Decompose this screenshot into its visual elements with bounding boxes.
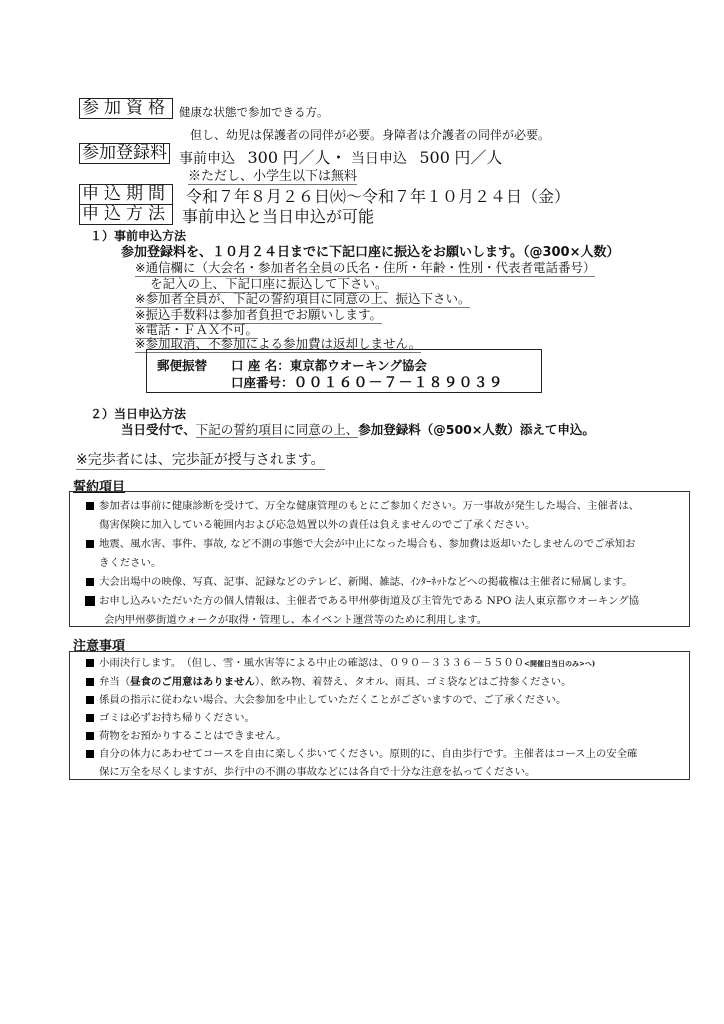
account-number-row: 口座番号：００１６０－７－１８９０３９ [231,372,504,392]
postal-transfer-box: 郵便振替 口 座 名：東京都ウオーキング協会 口座番号：００１６０－７－１８９０… [146,349,542,393]
account-type: 郵便振替 [157,356,207,374]
caution-item: 係員の指示に従わない場合、大会参加を中止していただくことがございますので、ご了承… [70,691,689,709]
caution-item: 小雨決行します。 （但し、雪・風水害等による中止の確認は、０９０－３３３６－５５… [70,654,689,673]
fee-sameday-amount: 500 [419,148,450,167]
fee-label: 参加登録料 [79,143,170,164]
caution-item: 弁当（昼食のご用意はありません）、飲み物、着替え、タオル、雨具、ゴミ袋などはご持… [70,673,689,691]
sameday-part2: 下記の誓約項目に同意の上、 [196,422,359,438]
bullet-square-icon [86,659,94,667]
bullet-square-icon [86,750,94,758]
caution-item: 荷物をお預かりすることはできません。 [70,727,689,745]
fee-unit2: 円／人 [454,148,502,167]
completion-note: ※完歩者には、完歩証が授与されます。 [76,449,325,470]
fee-sameday-label: 当日申込 [351,151,407,167]
pledge-item-cont: 会内甲州夢街道ウォークが取得・管理し、本イベント運営等のために利用します。 [70,611,689,630]
pledge-item-cont: きください。 [70,554,689,573]
bullet-square-icon [86,578,94,586]
bullet-square-icon [86,696,94,704]
sameday-part1: 当日受付で、 [121,422,196,437]
fee-note: ※ただし、小学生以下は無料 [188,165,357,185]
bullet-square-icon [85,596,95,606]
caution-item: ゴミは必ずお持ち帰りください。 [70,709,689,727]
method-label: 申込方法 [79,204,173,225]
eligibility-label: 参加資格 [79,98,173,119]
account-number: ００１６０－７－１８９０３９ [294,375,504,391]
method-text: 事前申込と当日申込が可能 [182,204,374,227]
caution-item: 自分の体力にあわせてコースを自由に楽しく歩いてください。原則的に、自由歩行です。… [70,745,689,763]
caution-item-cont: 保に万全を尽くしますが、歩行中の不測の事故などには各自で十分な注意を払ってくださ… [70,763,689,781]
bullet-square-icon [86,732,94,740]
bullet-square-icon [86,714,94,722]
sameday-method-line: 当日受付で、下記の誓約項目に同意の上、参加登録料（@500×人数）添えて申込。 [121,420,595,438]
account-name-label: 口 座 名： [231,358,290,373]
pledge-item: 参加者は事前に健康診断を受けて、万全な健康管理のもとにご参加ください。万一事故が… [70,497,689,516]
pledge-item-cont: 傷害保険に加入している範囲内および応急処置以外の責任は負えませんのでご了承くださ… [70,516,689,535]
account-number-label: 口座番号： [231,375,294,390]
bullet-square-icon [86,540,94,548]
pledge-box: 参加者は事前に健康診断を受けて、万全な健康管理のもとにご参加ください。万一事故が… [69,491,690,627]
pledge-item: 大会出場中の映像、写真、記事、記録などのテレビ、新聞、雑誌、ｲﾝﾀｰﾈｯﾄなどへ… [70,573,689,592]
bullet-square-icon [86,678,94,686]
pledge-item: お申し込みいただいた方の個人情報は、主催者である甲州夢街道及び主管先である NP… [70,592,689,611]
pledge-item: 地震、風水害、事件、事故, など不測の事態で大会が中止になった場合も、参加費は返… [70,535,689,554]
eligibility-note: 但し、幼児は保護者の同伴が必要。身障者は介護者の同伴が必要。 [190,126,550,143]
account-name: 東京都ウオーキング協会 [290,358,427,373]
period-label: 申込期間 [79,184,173,205]
caution-box: 小雨決行します。 （但し、雪・風水害等による中止の確認は、０９０－３３３６－５５… [69,651,690,780]
bullet-square-icon [86,502,94,510]
eligibility-text: 健康な状態で参加できる方。 [179,104,329,120]
sameday-part3: 参加登録料（@500×人数）添えて申込。 [358,422,595,437]
